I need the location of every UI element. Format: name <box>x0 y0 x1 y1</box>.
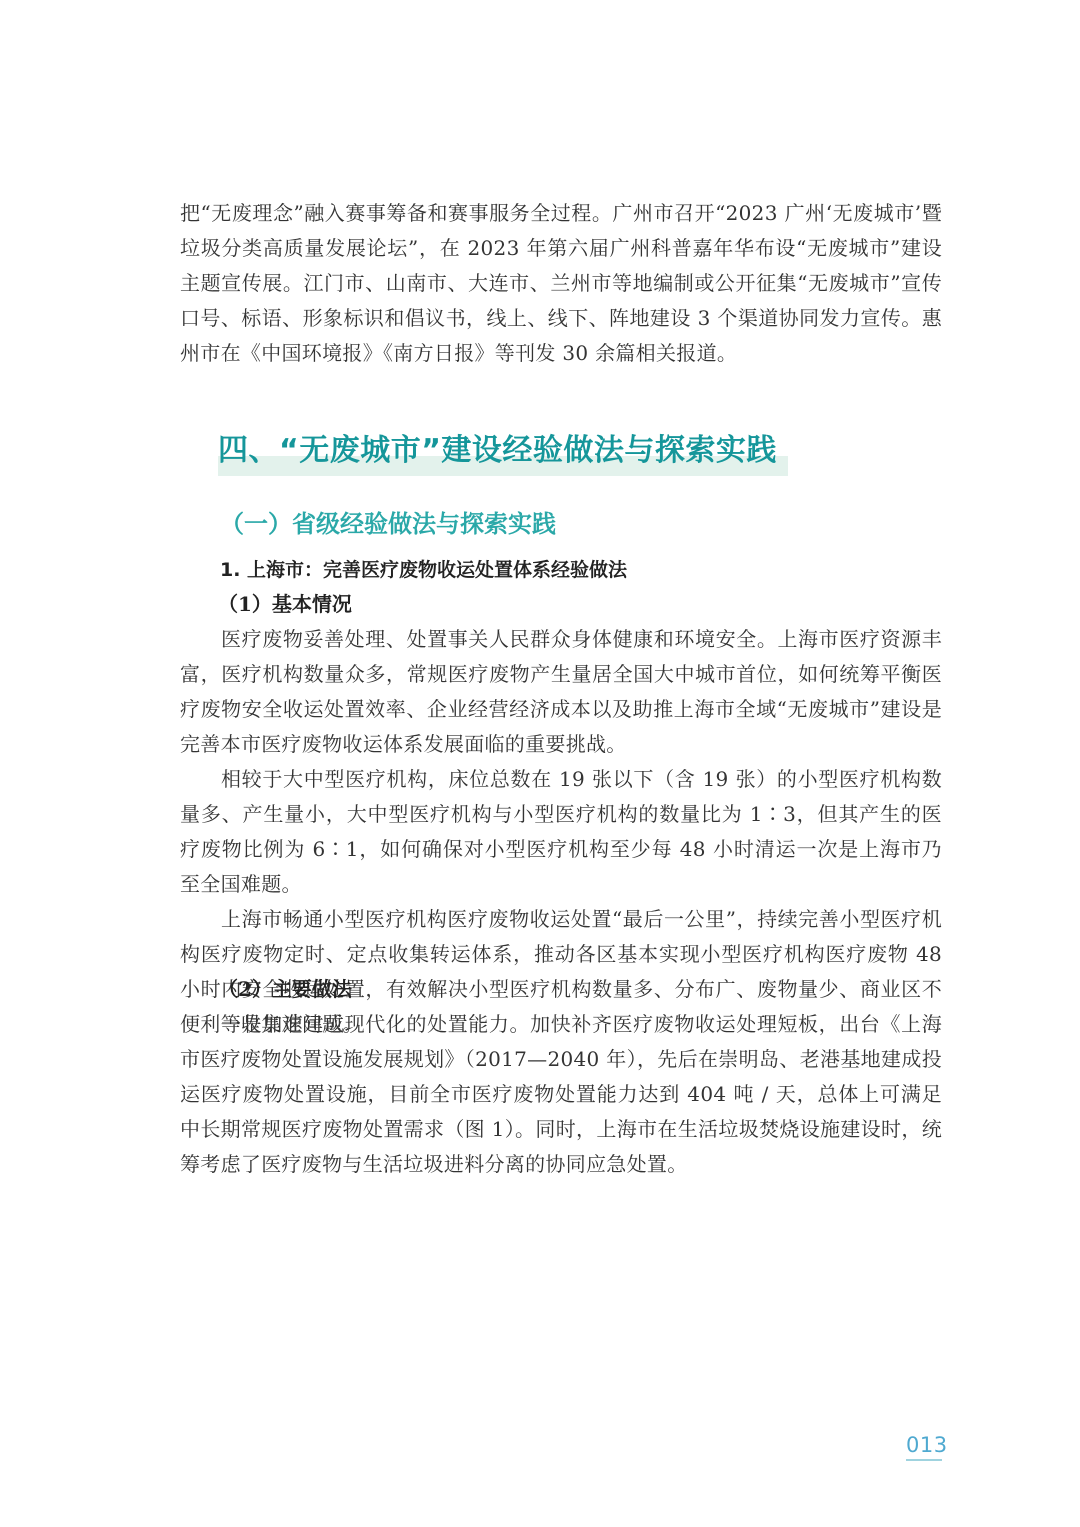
chapter-heading: 四、“无废城市”建设经验做法与探索实践 <box>218 428 777 474</box>
intro-paragraph: 把“无废理念”融入赛事筹备和赛事服务全过程。广州市召开“2023 广州‘无废城市… <box>180 196 942 371</box>
chapter-heading-block: 四、“无废城市”建设经验做法与探索实践 <box>218 428 777 476</box>
basic-situation-paragraph-2: 相较于大中型医疗机构，床位总数在 19 张以下（含 19 张）的小型医疗机构数量… <box>180 762 942 902</box>
basic-situation-heading: （1）基本情况 <box>180 587 942 622</box>
subsection-heading: 1. 上海市：完善医疗废物收运处置体系经验做法 <box>220 555 627 585</box>
basic-situation-paragraph-1: 医疗废物妥善处理、处置事关人民群众身体健康和环境安全。上海市医疗资源丰富，医疗机… <box>180 622 942 762</box>
main-practices-section: （2）主要做法 一是加速建成现代化的处置能力。加快补齐医疗废物收运处理短板，出台… <box>180 972 942 1182</box>
main-practices-paragraph-1: 一是加速建成现代化的处置能力。加快补齐医疗废物收运处理短板，出台《上海市医疗废物… <box>180 1007 942 1182</box>
document-page: 把“无废理念”融入赛事筹备和赛事服务全过程。广州市召开“2023 广州‘无废城市… <box>0 0 1080 1527</box>
section-heading: （一）省级经验做法与探索实践 <box>220 504 556 544</box>
page-number: 013 <box>906 1432 948 1458</box>
main-practices-heading: （2）主要做法 <box>180 972 942 1007</box>
page-number-underline <box>906 1459 942 1461</box>
intro-section: 把“无废理念”融入赛事筹备和赛事服务全过程。广州市召开“2023 广州‘无废城市… <box>180 196 942 371</box>
